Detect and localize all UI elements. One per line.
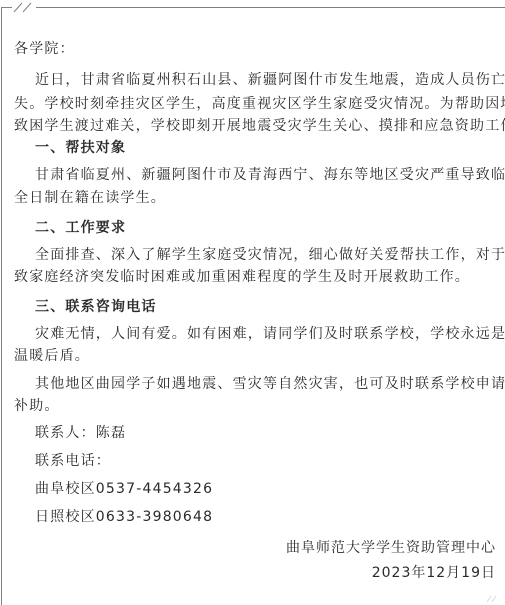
contact-qufu-campus: 曲阜校区0537-4454326	[35, 480, 213, 498]
frame-left-border	[1, 7, 2, 605]
watermark-icon	[486, 595, 498, 603]
section-heading-1: 一、帮扶对象	[35, 139, 126, 157]
contact-person: 联系人：陈磊	[35, 424, 126, 442]
double-slash-ornament-icon	[13, 1, 35, 13]
section-3-p1-line-2: 温暖后盾。	[14, 347, 90, 365]
contact-phone-label: 联系电话：	[35, 452, 111, 470]
intro-line-2: 失。学校时刻牵挂灾区学生，高度重视灾区学生家庭受灾情况。为帮助因地震受灾	[14, 95, 505, 113]
section-3-p2-line-2: 补助。	[14, 397, 60, 415]
frame-top-border-right	[36, 7, 505, 8]
section-3-p1-line-1: 灾难无情，人间有爱。如有困难，请同学们及时联系学校，学校永远是同学们的	[35, 325, 505, 343]
section-heading-3: 三、联系咨询电话	[35, 298, 157, 316]
signature-organization: 曲阜师范大学学生资助管理中心	[286, 539, 496, 557]
intro-line-3: 致困学生渡过难关，学校即刻开展地震受灾学生关心、摸排和应急资助工作。	[14, 117, 505, 135]
section-3-p2-line-1: 其他地区曲园学子如遇地震、雪灾等自然灾害，也可及时联系学校申请临时困难	[35, 375, 505, 393]
contact-rizhao-campus: 日照校区0633-3980648	[35, 508, 213, 526]
section-1-line-1: 甘肃省临夏州、新疆阿图什市及青海西宁、海东等地区受灾严重导致临时困难的	[35, 166, 505, 184]
frame-top-border-left	[1, 7, 12, 8]
section-1-line-2: 全日制在籍在读学生。	[14, 189, 166, 207]
signature-date: 2023年12月19日	[372, 564, 496, 582]
intro-line-1: 近日，甘肃省临夏州积石山县、新疆阿图什市发生地震，造成人员伤亡和财产损	[35, 71, 505, 89]
section-2-line-2: 致家庭经济突发临时困难或加重困难程度的学生及时开展救助工作。	[14, 268, 470, 286]
section-2-line-1: 全面排查、深入了解学生家庭受灾情况，细心做好关爱帮扶工作，对于因灾情导	[35, 246, 505, 264]
salutation: 各学院：	[14, 40, 75, 58]
section-heading-2: 二、工作要求	[35, 219, 126, 237]
